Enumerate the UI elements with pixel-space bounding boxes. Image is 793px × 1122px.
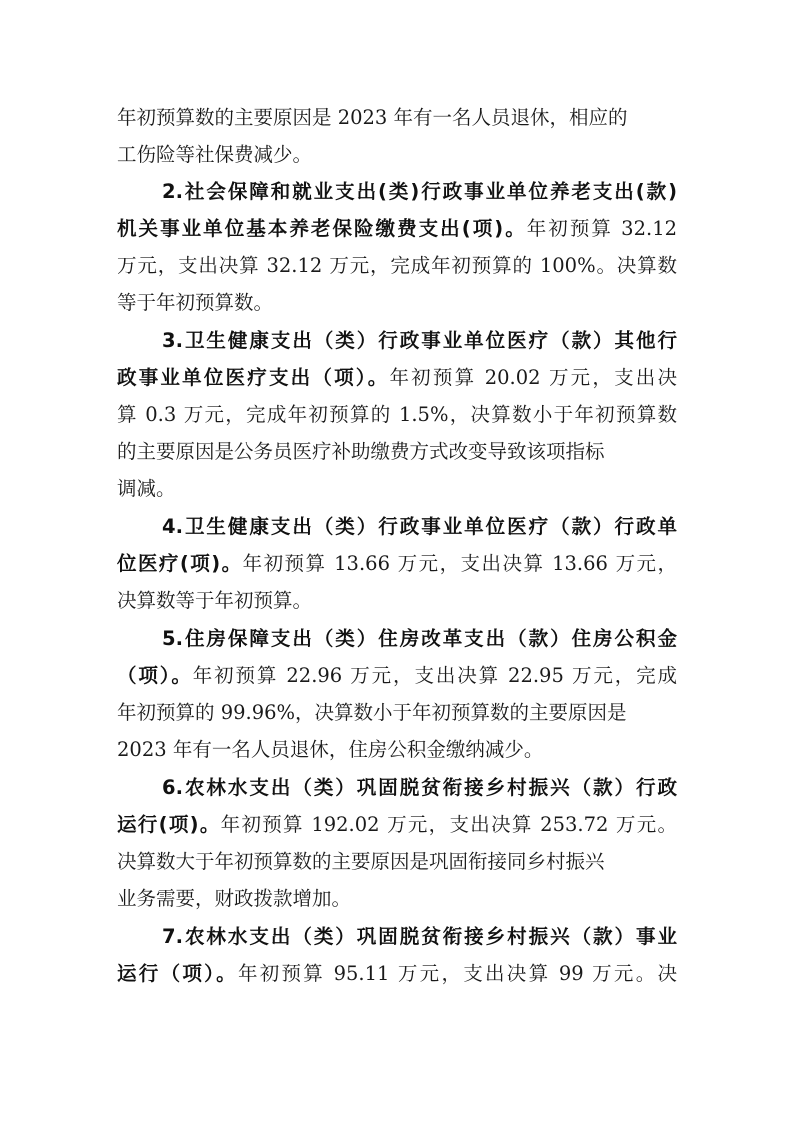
text-line: 位医疗(项)。年初预算 13.66 万元，支出决算 13.66 万元， bbox=[117, 549, 677, 579]
text-run: 年初预算 192.02 万元，支出决算 253.72 万元。 bbox=[221, 813, 677, 836]
section-heading-7: 7.农林水支出（类）巩固脱贫衔接乡村振兴（款）事业 bbox=[162, 922, 677, 952]
text-run: 2023 年有一名人员退休，住房公积金缴纳减少。 bbox=[117, 738, 543, 761]
text-run: 年初预算数的主要原因是 2023 年有一名人员退休，相应的 bbox=[117, 106, 628, 129]
text-run: 万元，支出决算 32.12 万元，完成年初预算的 100%。决算数 bbox=[117, 254, 677, 277]
text-run: 的主要原因是公务员医疗补助缴费方式改变导致该项指标 bbox=[117, 440, 605, 463]
document-page: 年初预算数的主要原因是 2023 年有一名人员退休，相应的 工伤险等社保费减少。… bbox=[0, 0, 793, 1122]
text-line: 业务需要，财政拨款增加。 bbox=[117, 884, 677, 914]
text-line: 工伤险等社保费减少。 bbox=[117, 140, 677, 170]
heading-text: 4.卫生健康支出（类）行政事业单位医疗（款）行政单 bbox=[162, 515, 677, 538]
text-line: 的主要原因是公务员医疗补助缴费方式改变导致该项指标 bbox=[117, 437, 677, 467]
text-line: 年初预算的 99.96%，决算数小于年初预算数的主要原因是 bbox=[117, 698, 677, 728]
heading-text: 3.卫生健康支出（类）行政事业单位医疗（款）其他行 bbox=[162, 329, 677, 352]
text-run: 决算数大于年初预算数的主要原因是巩固衔接同乡村振兴 bbox=[117, 850, 605, 873]
text-run: 决算数等于年初预算。 bbox=[117, 589, 312, 612]
text-run: 年初预算 32.12 bbox=[527, 217, 677, 240]
text-run: 调减。 bbox=[117, 477, 176, 500]
heading-text: 运行(项)。 bbox=[117, 813, 221, 836]
heading-text: 机关事业单位基本养老保险缴费支出(项)。 bbox=[117, 217, 527, 240]
section-heading-3: 3.卫生健康支出（类）行政事业单位医疗（款）其他行 bbox=[162, 326, 677, 356]
text-run: 工伤险等社保费减少。 bbox=[117, 143, 312, 166]
text-line: 2023 年有一名人员退休，住房公积金缴纳减少。 bbox=[117, 735, 677, 765]
text-run: 年初预算 20.02 万元，支出决 bbox=[389, 366, 677, 389]
heading-text: 7.农林水支出（类）巩固脱贫衔接乡村振兴（款）事业 bbox=[162, 925, 677, 948]
text-line: 万元，支出决算 32.12 万元，完成年初预算的 100%。决算数 bbox=[117, 251, 677, 281]
text-run: 年初预算 13.66 万元，支出决算 13.66 万元， bbox=[243, 552, 677, 575]
text-run: 算 0.3 万元，完成年初预算的 1.5%，决算数小于年初预算数 bbox=[117, 403, 677, 426]
section-heading-4: 4.卫生健康支出（类）行政事业单位医疗（款）行政单 bbox=[162, 512, 677, 542]
text-run: 业务需要，财政拨款增加。 bbox=[117, 887, 351, 910]
section-heading-2: 2.社会保障和就业支出(类)行政事业单位养老支出(款) bbox=[162, 177, 677, 207]
heading-text: 运行（项）。 bbox=[117, 962, 238, 985]
text-line: 决算数等于年初预算。 bbox=[117, 586, 677, 616]
text-run: 年初预算 95.11 万元，支出决算 99 万元。决 bbox=[238, 962, 677, 985]
text-run: 年初预算 22.96 万元，支出决算 22.95 万元，完成 bbox=[193, 664, 677, 687]
text-line: 年初预算数的主要原因是 2023 年有一名人员退休，相应的 bbox=[117, 103, 677, 133]
text-line: 政事业单位医疗支出（项）。年初预算 20.02 万元，支出决 bbox=[117, 363, 677, 393]
heading-text: 6.农林水支出（类）巩固脱贫衔接乡村振兴（款）行政 bbox=[162, 776, 677, 799]
section-heading-6: 6.农林水支出（类）巩固脱贫衔接乡村振兴（款）行政 bbox=[162, 773, 677, 803]
heading-text: 位医疗(项)。 bbox=[117, 552, 243, 575]
text-line: 等于年初预算数。 bbox=[117, 288, 677, 318]
heading-text: 2.社会保障和就业支出(类)行政事业单位养老支出(款) bbox=[162, 180, 677, 203]
text-run: 年初预算的 99.96%，决算数小于年初预算数的主要原因是 bbox=[117, 701, 627, 724]
text-line: 决算数大于年初预算数的主要原因是巩固衔接同乡村振兴 bbox=[117, 847, 677, 877]
text-line: 算 0.3 万元，完成年初预算的 1.5%，决算数小于年初预算数 bbox=[117, 400, 677, 430]
text-line: 运行（项）。年初预算 95.11 万元，支出决算 99 万元。决 bbox=[117, 959, 677, 989]
section-heading-5: 5.住房保障支出（类）住房改革支出（款）住房公积金 bbox=[162, 624, 677, 654]
text-line: 机关事业单位基本养老保险缴费支出(项)。年初预算 32.12 bbox=[117, 214, 677, 244]
text-line: 运行(项)。年初预算 192.02 万元，支出决算 253.72 万元。 bbox=[117, 810, 677, 840]
heading-text: 5.住房保障支出（类）住房改革支出（款）住房公积金 bbox=[162, 627, 677, 650]
heading-text: 政事业单位医疗支出（项）。 bbox=[117, 366, 389, 389]
heading-text: （项）。 bbox=[117, 664, 193, 687]
text-line: 调减。 bbox=[117, 474, 677, 504]
text-line: （项）。年初预算 22.96 万元，支出决算 22.95 万元，完成 bbox=[117, 661, 677, 691]
text-run: 等于年初预算数。 bbox=[117, 291, 273, 314]
